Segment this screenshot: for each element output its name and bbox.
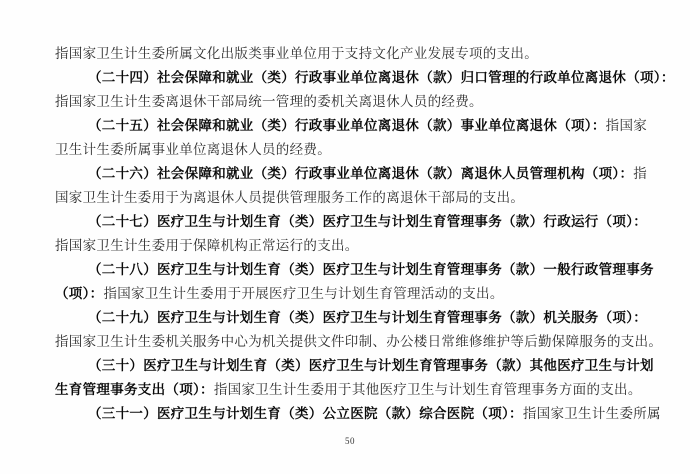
- text-line: （二十九）医疗卫生与计划生育（类）医疗卫生与计划生育管理事务（款）机关服务（项）…: [55, 306, 655, 330]
- text-line: （二十五）社会保障和就业（类）行政事业单位离退休（款）事业单位离退休（项）：指国…: [55, 114, 655, 138]
- text-line: （项）：指国家卫生计生委用于开展医疗卫生与计划生育管理活动的支出。: [55, 282, 655, 306]
- heading-segment: （三十一）医疗卫生与计划生育（类）公立医院（款）综合医院（项）：: [88, 406, 523, 421]
- heading-segment: （二十五）社会保障和就业（类）行政事业单位离退休（款）事业单位离退休（项）：: [88, 118, 606, 133]
- body-segment: 指: [633, 166, 647, 181]
- heading-segment: （二十八）医疗卫生与计划生育（类）医疗卫生与计划生育管理事务（款）一般行政管理事…: [88, 262, 654, 277]
- text-line: （三十一）医疗卫生与计划生育（类）公立医院（款）综合医院（项）：指国家卫生计生委…: [55, 402, 655, 426]
- text-line: 国家卫生计生委用于为离退休人员提供管理服务工作的离退休干部局的支出。: [55, 186, 655, 210]
- heading-segment: （二十四）社会保障和就业（类）行政事业单位离退休（款）归口管理的行政单位离退休（…: [88, 70, 675, 85]
- text-line: （二十四）社会保障和就业（类）行政事业单位离退休（款）归口管理的行政单位离退休（…: [55, 66, 655, 90]
- text-line: （二十七）医疗卫生与计划生育（类）医疗卫生与计划生育管理事务（款）行政运行（项）…: [55, 210, 655, 234]
- text-line: 指国家卫生计生委用于保障机构正常运行的支出。: [55, 234, 655, 258]
- document-body: 指国家卫生计生委所属文化出版类事业单位用于支持文化产业发展专项的支出。（二十四）…: [55, 42, 655, 426]
- heading-segment: （项）：: [55, 286, 103, 301]
- text-line: 指国家卫生计生委所属文化出版类事业单位用于支持文化产业发展专项的支出。: [55, 42, 655, 66]
- body-segment: 卫生计生委所属事业单位离退休人员的经费。: [55, 142, 331, 157]
- text-line: （二十八）医疗卫生与计划生育（类）医疗卫生与计划生育管理事务（款）一般行政管理事…: [55, 258, 655, 282]
- body-segment: 指国家卫生计生委用于其他医疗卫生与计划生育管理事务方面的支出。: [214, 382, 642, 397]
- heading-segment: （二十九）医疗卫生与计划生育（类）医疗卫生与计划生育管理事务（款）机关服务（项）…: [88, 310, 647, 325]
- page-number: 50: [0, 436, 700, 446]
- heading-segment: 生育管理事务支出（项）：: [55, 382, 214, 397]
- body-segment: 指国家卫生计生委用于保障机构正常运行的支出。: [55, 238, 359, 253]
- text-line: 卫生计生委所属事业单位离退休人员的经费。: [55, 138, 655, 162]
- text-line: （二十六）社会保障和就业（类）行政事业单位离退休（款）离退休人员管理机构（项）：…: [55, 162, 655, 186]
- body-segment: 指国家卫生计生委所属文化出版类事业单位用于支持文化产业发展专项的支出。: [55, 46, 538, 61]
- text-line: 生育管理事务支出（项）：指国家卫生计生委用于其他医疗卫生与计划生育管理事务方面的…: [55, 378, 655, 402]
- body-segment: 指国家卫生计生委所属: [523, 406, 661, 421]
- text-line: 指国家卫生计生委离退休干部局统一管理的委机关离退休人员的经费。: [55, 90, 655, 114]
- heading-segment: （三十）医疗卫生与计划生育（类）医疗卫生与计划生育管理事务（款）其他医疗卫生与计…: [88, 358, 654, 373]
- document-page: 指国家卫生计生委所属文化出版类事业单位用于支持文化产业发展专项的支出。（二十四）…: [0, 0, 700, 474]
- text-line: 指国家卫生计生委机关服务中心为机关提供文件印制、办公楼日常维修维护等后勤保障服务…: [55, 330, 655, 354]
- body-segment: 指国家: [606, 118, 647, 133]
- body-segment: 指国家卫生计生委用于开展医疗卫生与计划生育管理活动的支出。: [103, 286, 503, 301]
- body-segment: 国家卫生计生委用于为离退休人员提供管理服务工作的离退休干部局的支出。: [55, 190, 524, 205]
- heading-segment: （二十七）医疗卫生与计划生育（类）医疗卫生与计划生育管理事务（款）行政运行（项）…: [88, 214, 647, 229]
- body-segment: 指国家卫生计生委机关服务中心为机关提供文件印制、办公楼日常维修维护等后勤保障服务…: [55, 334, 662, 349]
- heading-segment: （二十六）社会保障和就业（类）行政事业单位离退休（款）离退休人员管理机构（项）：: [88, 166, 633, 181]
- body-segment: 指国家卫生计生委离退休干部局统一管理的委机关离退休人员的经费。: [55, 94, 483, 109]
- text-line: （三十）医疗卫生与计划生育（类）医疗卫生与计划生育管理事务（款）其他医疗卫生与计…: [55, 354, 655, 378]
